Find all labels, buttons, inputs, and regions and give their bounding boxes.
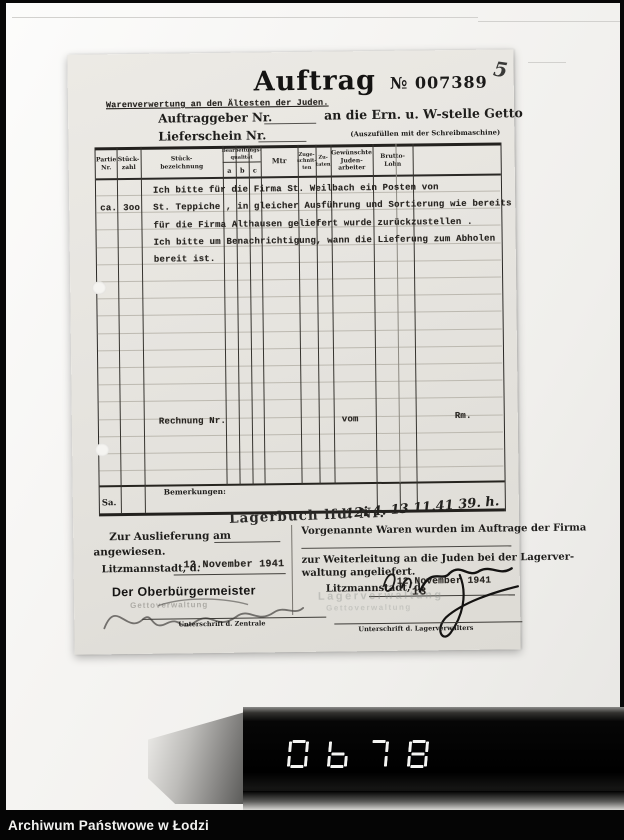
entry-partie: ca. — [100, 203, 117, 213]
col-header-mtr: Mtr — [260, 147, 297, 176]
counter-digit — [287, 740, 309, 768]
quality-sub-b: b — [236, 164, 249, 177]
sum-label: Sa. — [102, 498, 117, 508]
document-title: Auftrag — [254, 65, 377, 97]
col-header-bruttolohn: Brutto- Lohn — [372, 146, 412, 175]
quality-sub-a: a — [223, 164, 236, 177]
angewiesen-line: angewiesen. — [93, 546, 165, 559]
counter-digits — [287, 740, 429, 768]
col-header-stueckzahl: Stück- zahl — [117, 149, 141, 178]
counter-display-edge — [243, 791, 624, 810]
typed-line-3: für die Firma Althausen geliefert wurde … — [153, 217, 472, 231]
blank-line — [301, 545, 511, 549]
col-header-empty — [412, 144, 500, 174]
blank-line — [264, 123, 316, 125]
col-header-stueckbezeichnung: Stück- bezeichnung — [141, 148, 223, 178]
signature-caption-left: Unterschrift d. Zentrale — [178, 619, 265, 628]
blank-line — [214, 541, 280, 543]
punch-hole — [92, 281, 106, 294]
counter-digit — [367, 740, 389, 768]
typed-line-4: Ich bitte um Benachrichtigung, wann die … — [154, 234, 496, 248]
entry-stueckzahl: 3oo — [123, 203, 140, 213]
date-left: 12.November 1941 — [184, 559, 285, 571]
col-header-zugeschnitten: Zuge- schnit- ten — [297, 147, 315, 176]
document-header: Auftrag № 007389 — [254, 64, 488, 98]
col-header-zutaten: Zu- taten — [315, 147, 330, 176]
lieferschein-label: Lieferschein Nr. — [158, 128, 266, 143]
counter-digit — [407, 740, 429, 768]
col-header-judenarbeiter: Gewünschte Juden- arbeiter — [330, 146, 372, 176]
signature-left — [96, 586, 312, 645]
auftraggeber-label: Auftraggeber Nr. — [158, 110, 272, 125]
document-sheet: 5 Auftrag № 007389 Warenverwertung an de… — [67, 49, 520, 654]
quality-sub-c: c — [249, 163, 261, 176]
backdrop-crease — [528, 62, 566, 63]
rm-label: Rm. — [455, 411, 472, 421]
blank-line — [258, 141, 306, 143]
frame-edge-right — [620, 0, 624, 812]
date-underline — [174, 573, 286, 575]
bemerkungen-label: Bemerkungen: — [164, 487, 226, 497]
vom-label: vom — [342, 414, 359, 424]
column-line — [145, 486, 146, 513]
signature-caption-right: Unterschrift d. Lagerverwalters — [358, 624, 473, 633]
recipient-line: an die Ern. u. W-stelle Getto — [324, 105, 523, 122]
typed-line-5: bereit ist. — [154, 254, 216, 265]
subject-line: Warenverwertung an den Ältesten der Jude… — [106, 98, 329, 111]
order-table: Partie Nr. Stück- zahl Stück- bezeichnun… — [94, 142, 505, 516]
typewriter-note: (Auszufüllen mit der Schreibmaschine) — [350, 128, 500, 138]
col-header-bearbeitungsqualitaet: Bearbeitungs- qualität — [222, 146, 260, 161]
punch-hole — [95, 443, 109, 456]
column-line — [121, 486, 122, 513]
col-header-partie-nr: Partie Nr. — [96, 149, 117, 178]
archive-name: Archiwum Państwowe w Łodzi — [8, 818, 209, 833]
handwritten-page-number: 5 — [492, 57, 509, 83]
rechnung-label: Rechnung Nr. — [159, 416, 226, 427]
auslieferung-line: Zur Auslieferung am — [109, 530, 231, 543]
order-number: № 007389 — [390, 73, 488, 93]
archival-photo: 5 Auftrag № 007389 Warenverwertung an de… — [0, 0, 624, 840]
archive-caption-bar: Archiwum Państwowe w Łodzi — [0, 810, 624, 840]
backdrop-crease — [12, 17, 478, 18]
backdrop-crease — [478, 21, 620, 22]
counter-digit — [327, 740, 349, 768]
signature-right — [373, 554, 524, 651]
